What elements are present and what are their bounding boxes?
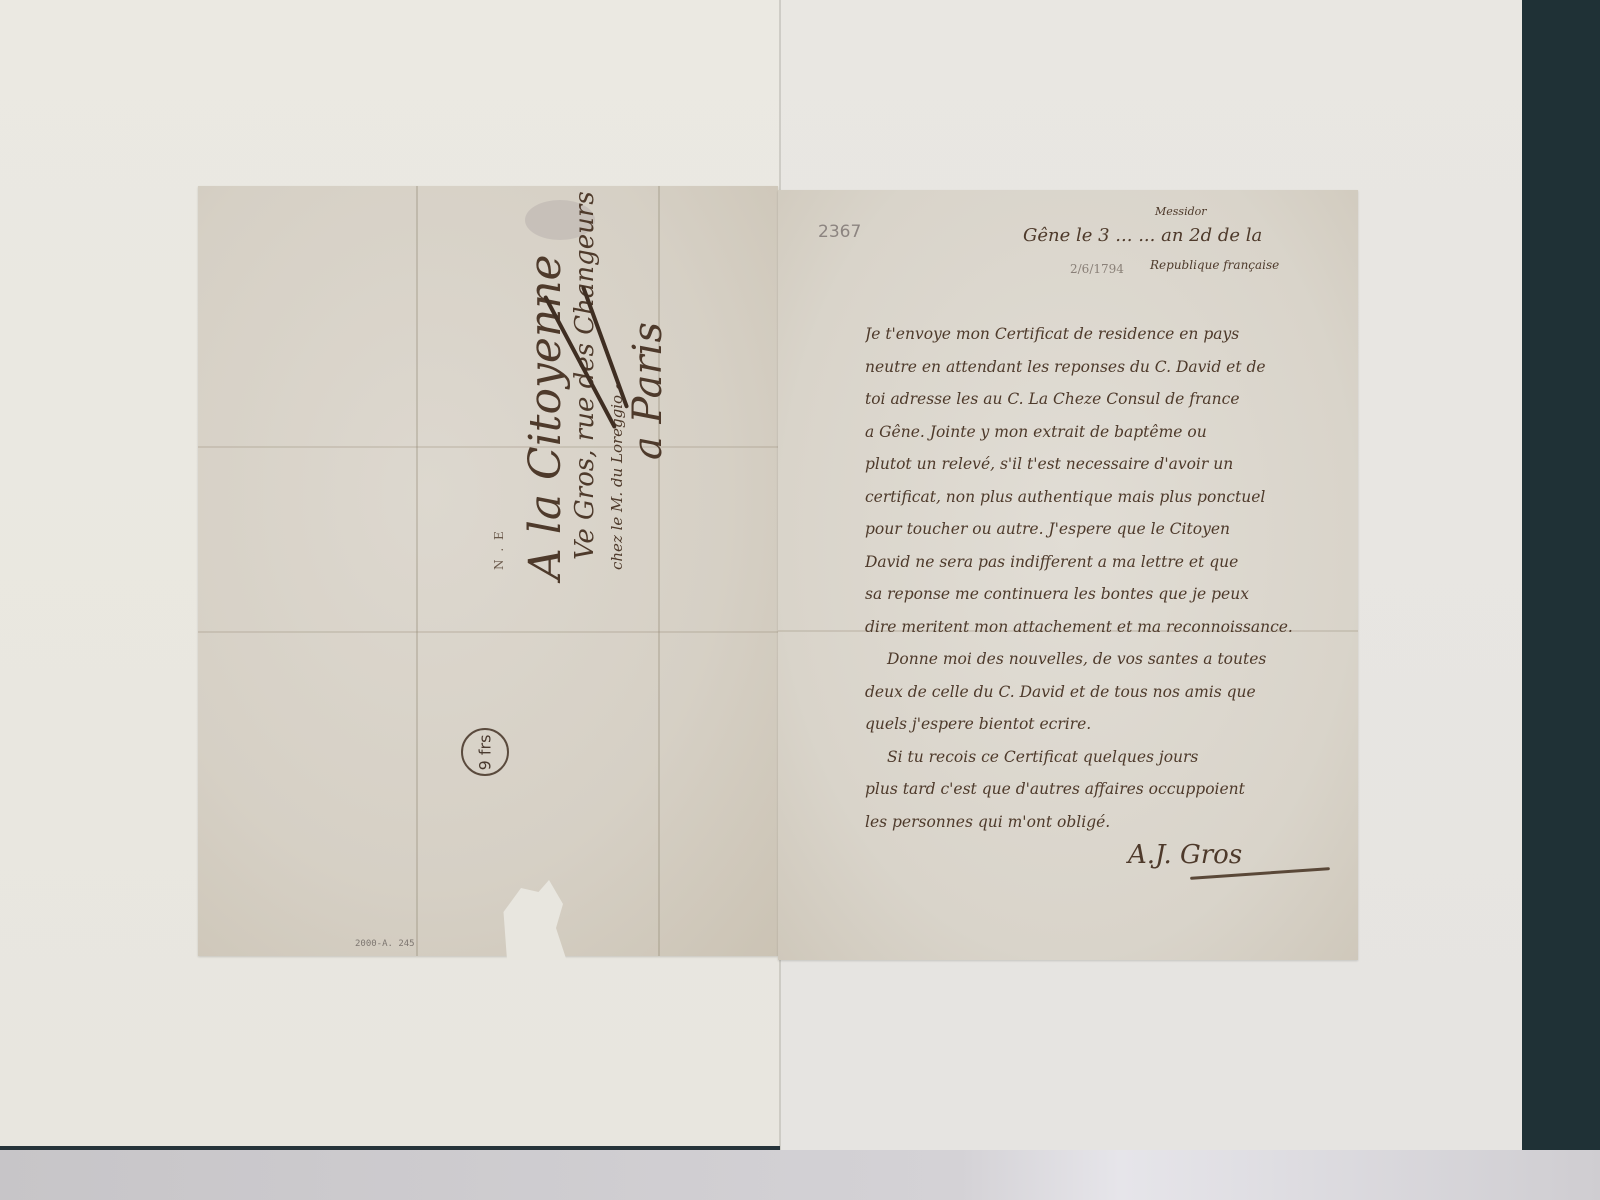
body-line: Donne moi des nouvelles, de vos santes a… [865,643,1345,676]
signature: A.J. Gros [1128,840,1242,870]
body-line: dire meritent mon attachement et ma reco… [865,611,1345,644]
address-city: a Paris [625,322,671,460]
pencil-date-annotation: 2/6/1794 [1070,262,1124,276]
letter-body: Je t'envoye mon Certificat de residence … [865,318,1345,838]
dateline-month: Messidor [1155,205,1207,218]
body-line: neutre en attendant les reponses du C. D… [865,351,1345,384]
table-surface [0,1150,1600,1200]
dateline-place: Gêne le 3 ... [1023,225,1132,246]
archive-number: 2367 [818,222,861,242]
body-line: plus tard c'est que d'autres affaires oc… [865,773,1345,806]
postal-stamp: N . E [492,529,506,570]
body-line: les personnes qui m'ont obligé. [865,806,1345,839]
fold-crease [198,631,778,633]
body-line: pour toucher ou autre. J'espere que le C… [865,513,1345,546]
dateline-republic: Republique française [1150,258,1279,272]
address-care-of: chez le M. du Loreggio ~ [608,378,626,570]
dateline: Gêne le 3 ... ... an 2d de la [1023,225,1262,246]
dateline-continued: ... an 2d de la [1138,225,1262,246]
body-line: Si tu recois ce Certificat quelques jour… [865,741,1345,774]
body-line: Je t'envoye mon Certificat de residence … [865,318,1345,351]
fold-crease [416,186,418,956]
body-line: quels j'espere bientot ecrire. [865,708,1345,741]
body-line: toi adresse les au C. La Cheze Consul de… [865,383,1345,416]
body-line: certificat, non plus authentique mais pl… [865,481,1345,514]
body-line: sa reponse me continuera les bontes que … [865,578,1345,611]
postmark-circle: 9 frs [461,728,509,776]
postmark-text: 9 frs [476,734,495,770]
body-line: plutot un relevé, s'il t'est necessaire … [865,448,1345,481]
catalog-number: 2000-A. 245 [355,939,415,949]
body-line: David ne sera pas indifferent a ma lettr… [865,546,1345,579]
body-line: a Gêne. Jointe y mon extrait de baptême … [865,416,1345,449]
dark-backing-board [1522,0,1600,1160]
address-panel: N . E A la Citoyenne Ve Gros, rue des Ch… [420,290,660,610]
body-line: deux de celle du C. David et de tous nos… [865,676,1345,709]
